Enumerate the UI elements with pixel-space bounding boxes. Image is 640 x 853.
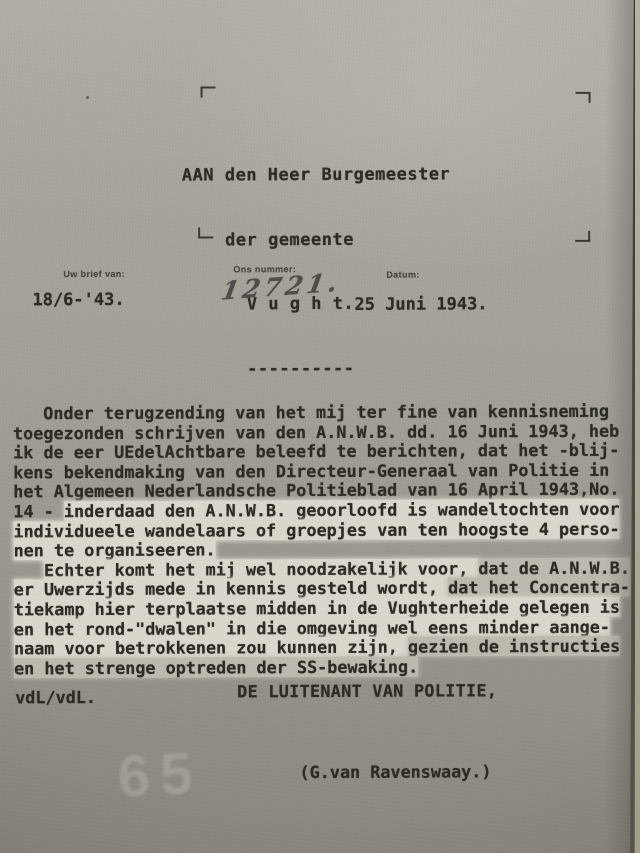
body-line: naam voor betrokkenen zou kunnen zijn, g… xyxy=(14,637,630,659)
crop-mark-top-left xyxy=(201,86,216,97)
body-segment-highlighted: tiekamp hier terplaatse midden in de Vug… xyxy=(14,597,620,620)
signature-title: DE LUITENANT VAN POLITIE, xyxy=(237,680,497,701)
field-value-date: 25 Juni 1943. xyxy=(354,294,487,315)
body-segment-highlighted: dat het Concentra- xyxy=(448,577,630,598)
body-segment-highlighted: inderdaad den A.N.W.B. geoorloofd is wan… xyxy=(64,499,620,521)
field-label-your-letter: Uw brief van: xyxy=(63,269,125,279)
body-segment-highlighted: er Uwerzijds mede in kennis gesteld word… xyxy=(14,578,449,600)
body-segment-highlighted: nen te organiseeren. xyxy=(13,540,215,561)
reference-initials: vdL/vdL. xyxy=(15,687,96,707)
paper-speck xyxy=(86,96,89,99)
crop-mark-bottom-right xyxy=(575,231,590,242)
body-segment-highlighted: individueele wandelaars of groepjes van … xyxy=(13,518,619,541)
body-line: en het strenge optreden der SS-bewaking. xyxy=(14,656,630,678)
crop-mark-top-right xyxy=(576,92,591,103)
field-value-your-letter: 18/6-'43. xyxy=(32,290,124,310)
recipient-underline: ---------- xyxy=(183,358,451,381)
body-line: individueele wandelaars of groepjes van … xyxy=(13,519,629,541)
body-text: Onder terugzending van het mij ter fine … xyxy=(13,402,631,679)
recipient-line: AAN den Heer Burgemeester xyxy=(182,164,450,187)
embossed-watermark-number: 65 xyxy=(116,740,204,811)
signature-name: (G.van Ravenswaay.) xyxy=(299,761,491,782)
body-segment xyxy=(14,560,44,580)
field-label-date: Datum: xyxy=(386,270,419,280)
adjacent-surface-strip xyxy=(635,0,640,853)
recipient-line: der gemeente xyxy=(182,229,450,252)
typed-letter-layer: AAN den Heer Burgemeester der gemeente V… xyxy=(0,0,640,853)
body-segment-highlighted: en het strenge optreden der SS-bewaking. xyxy=(14,656,418,678)
body-segment: 14 - xyxy=(13,501,64,521)
body-segment-highlighted: naam voor betrokkenen zou kunnen zijn, xyxy=(14,637,408,659)
body-segment-highlighted: gezien de instructies xyxy=(408,636,620,657)
